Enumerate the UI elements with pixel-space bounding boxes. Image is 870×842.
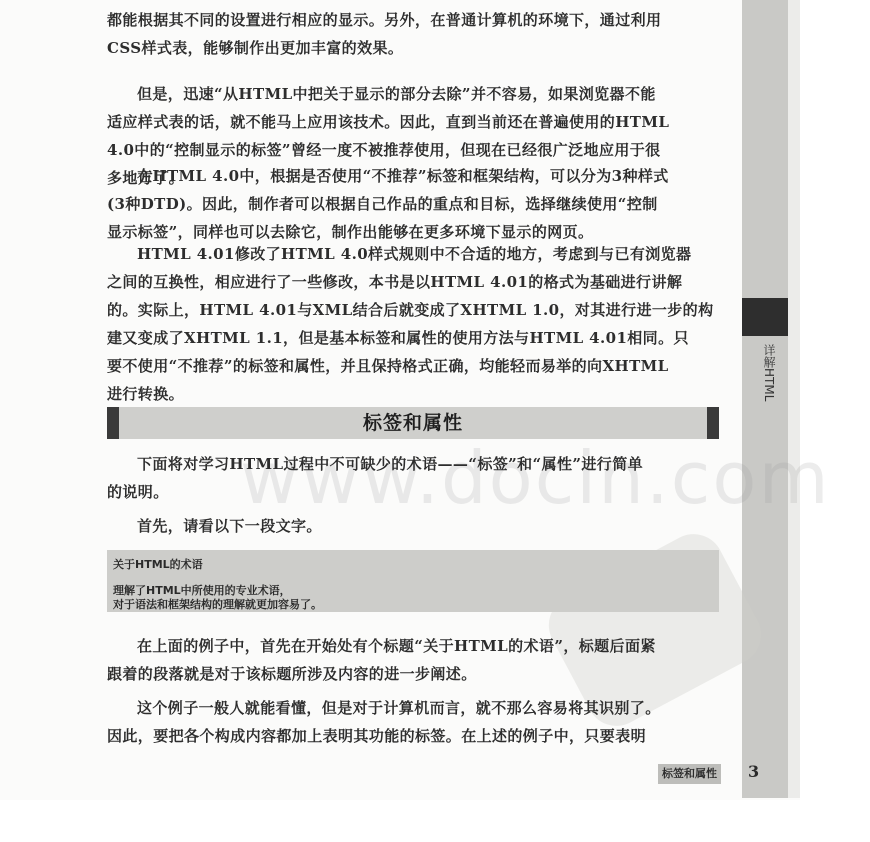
paragraph-1: 都能根据其不同的设置进行相应的显示。另外，在普通计算机的环境下，通过利用 CSS… [107, 6, 719, 62]
page-number: 3 [748, 762, 759, 781]
document-page: 详解HTML www.docin.com 都能根据其不同的设置进行相应的显示。另… [0, 0, 800, 800]
section-heading-bar: 标签和属性 [107, 407, 719, 439]
thumb-index-label: 详解HTML [752, 344, 778, 401]
example-line: 对于语法和框架结构的理解就更加容易了。 [113, 596, 322, 612]
paragraph-line: HTML 4.01修改了HTML 4.0样式规则中不合适的地方，考虑到与已有浏览… [107, 240, 719, 268]
paragraph-line: 要不使用“不推荐”的标签和属性，并且保持格式正确，均能轻而易举的向XHTML [107, 352, 719, 380]
paragraph-8: 这个例子一般人就能看懂，但是对于计算机而言，就不那么容易将其识别了。 因此，要把… [107, 694, 719, 750]
paragraph-line: (3种DTD)。因此，制作者可以根据自己作品的重点和目标，选择继续使用“控制 [107, 190, 719, 218]
thumb-index-marker [742, 298, 788, 336]
paragraph-7: 在上面的例子中，首先在开始处有个标题“关于HTML的术语”，标题后面紧 跟着的段… [107, 632, 719, 688]
paragraph-line: 都能根据其不同的设置进行相应的显示。另外，在普通计算机的环境下，通过利用 [107, 6, 719, 34]
paragraph-line: 在上面的例子中，首先在开始处有个标题“关于HTML的术语”，标题后面紧 [107, 632, 719, 660]
paragraph-line: 进行转换。 [107, 380, 719, 408]
paragraph-5: 下面将对学习HTML过程中不可缺少的术语——“标签”和“属性”进行简单 的说明。 [107, 450, 719, 506]
section-title: 标签和属性 [107, 407, 719, 439]
paragraph-line: 适应样式表的话，就不能马上应用该技术。因此，直到当前还在普遍使用的HTML [107, 108, 719, 136]
example-title: 关于HTML的术语 [113, 556, 203, 572]
paragraph-line: 因此，要把各个构成内容都加上表明其功能的标签。在上述的例子中，只要表明 [107, 722, 719, 750]
paragraph-line: 这个例子一般人就能看懂，但是对于计算机而言，就不那么容易将其识别了。 [107, 694, 719, 722]
paragraph-line: 的说明。 [107, 478, 719, 506]
paragraph-line: 4.0中的“控制显示的标签”曾经一度不被推荐使用，但现在已经很广泛地应用于很 [107, 136, 719, 164]
paragraph-line: 但是，迅速“从HTML中把关于显示的部分去除”并不容易，如果浏览器不能 [107, 80, 719, 108]
paragraph-line: 在HTML 4.0中，根据是否使用“不推荐”标签和框架结构，可以分为3种样式 [107, 162, 719, 190]
paragraph-6: 首先，请看以下一段文字。 [107, 512, 719, 540]
paragraph-line: 下面将对学习HTML过程中不可缺少的术语——“标签”和“属性”进行简单 [107, 450, 719, 478]
paragraph-line: 跟着的段落就是对于该标题所涉及内容的进一步阐述。 [107, 660, 719, 688]
paragraph-line: 的。实际上，HTML 4.01与XML结合后就变成了XHTML 1.0，对其进行… [107, 296, 719, 324]
heading-bar-right-cap [707, 407, 719, 439]
paragraph-4: HTML 4.01修改了HTML 4.0样式规则中不合适的地方，考虑到与已有浏览… [107, 240, 719, 408]
example-box: 关于HTML的术语 理解了HTML中所使用的专业术语， 对于语法和框架结构的理解… [107, 550, 719, 612]
paragraph-line: 建又变成了XHTML 1.1，但是基本标签和属性的使用方法与HTML 4.01相… [107, 324, 719, 352]
running-footer-title: 标签和属性 [658, 764, 721, 784]
paragraph-line: CSS样式表，能够制作出更加丰富的效果。 [107, 34, 719, 62]
page-edge [788, 0, 800, 798]
paragraph-line: 之间的互换性，相应进行了一些修改，本书是以HTML 4.01的格式为基础进行讲解 [107, 268, 719, 296]
paragraph-3: 在HTML 4.0中，根据是否使用“不推荐”标签和框架结构，可以分为3种样式 (… [107, 162, 719, 246]
paragraph-line: 首先，请看以下一段文字。 [107, 512, 719, 540]
